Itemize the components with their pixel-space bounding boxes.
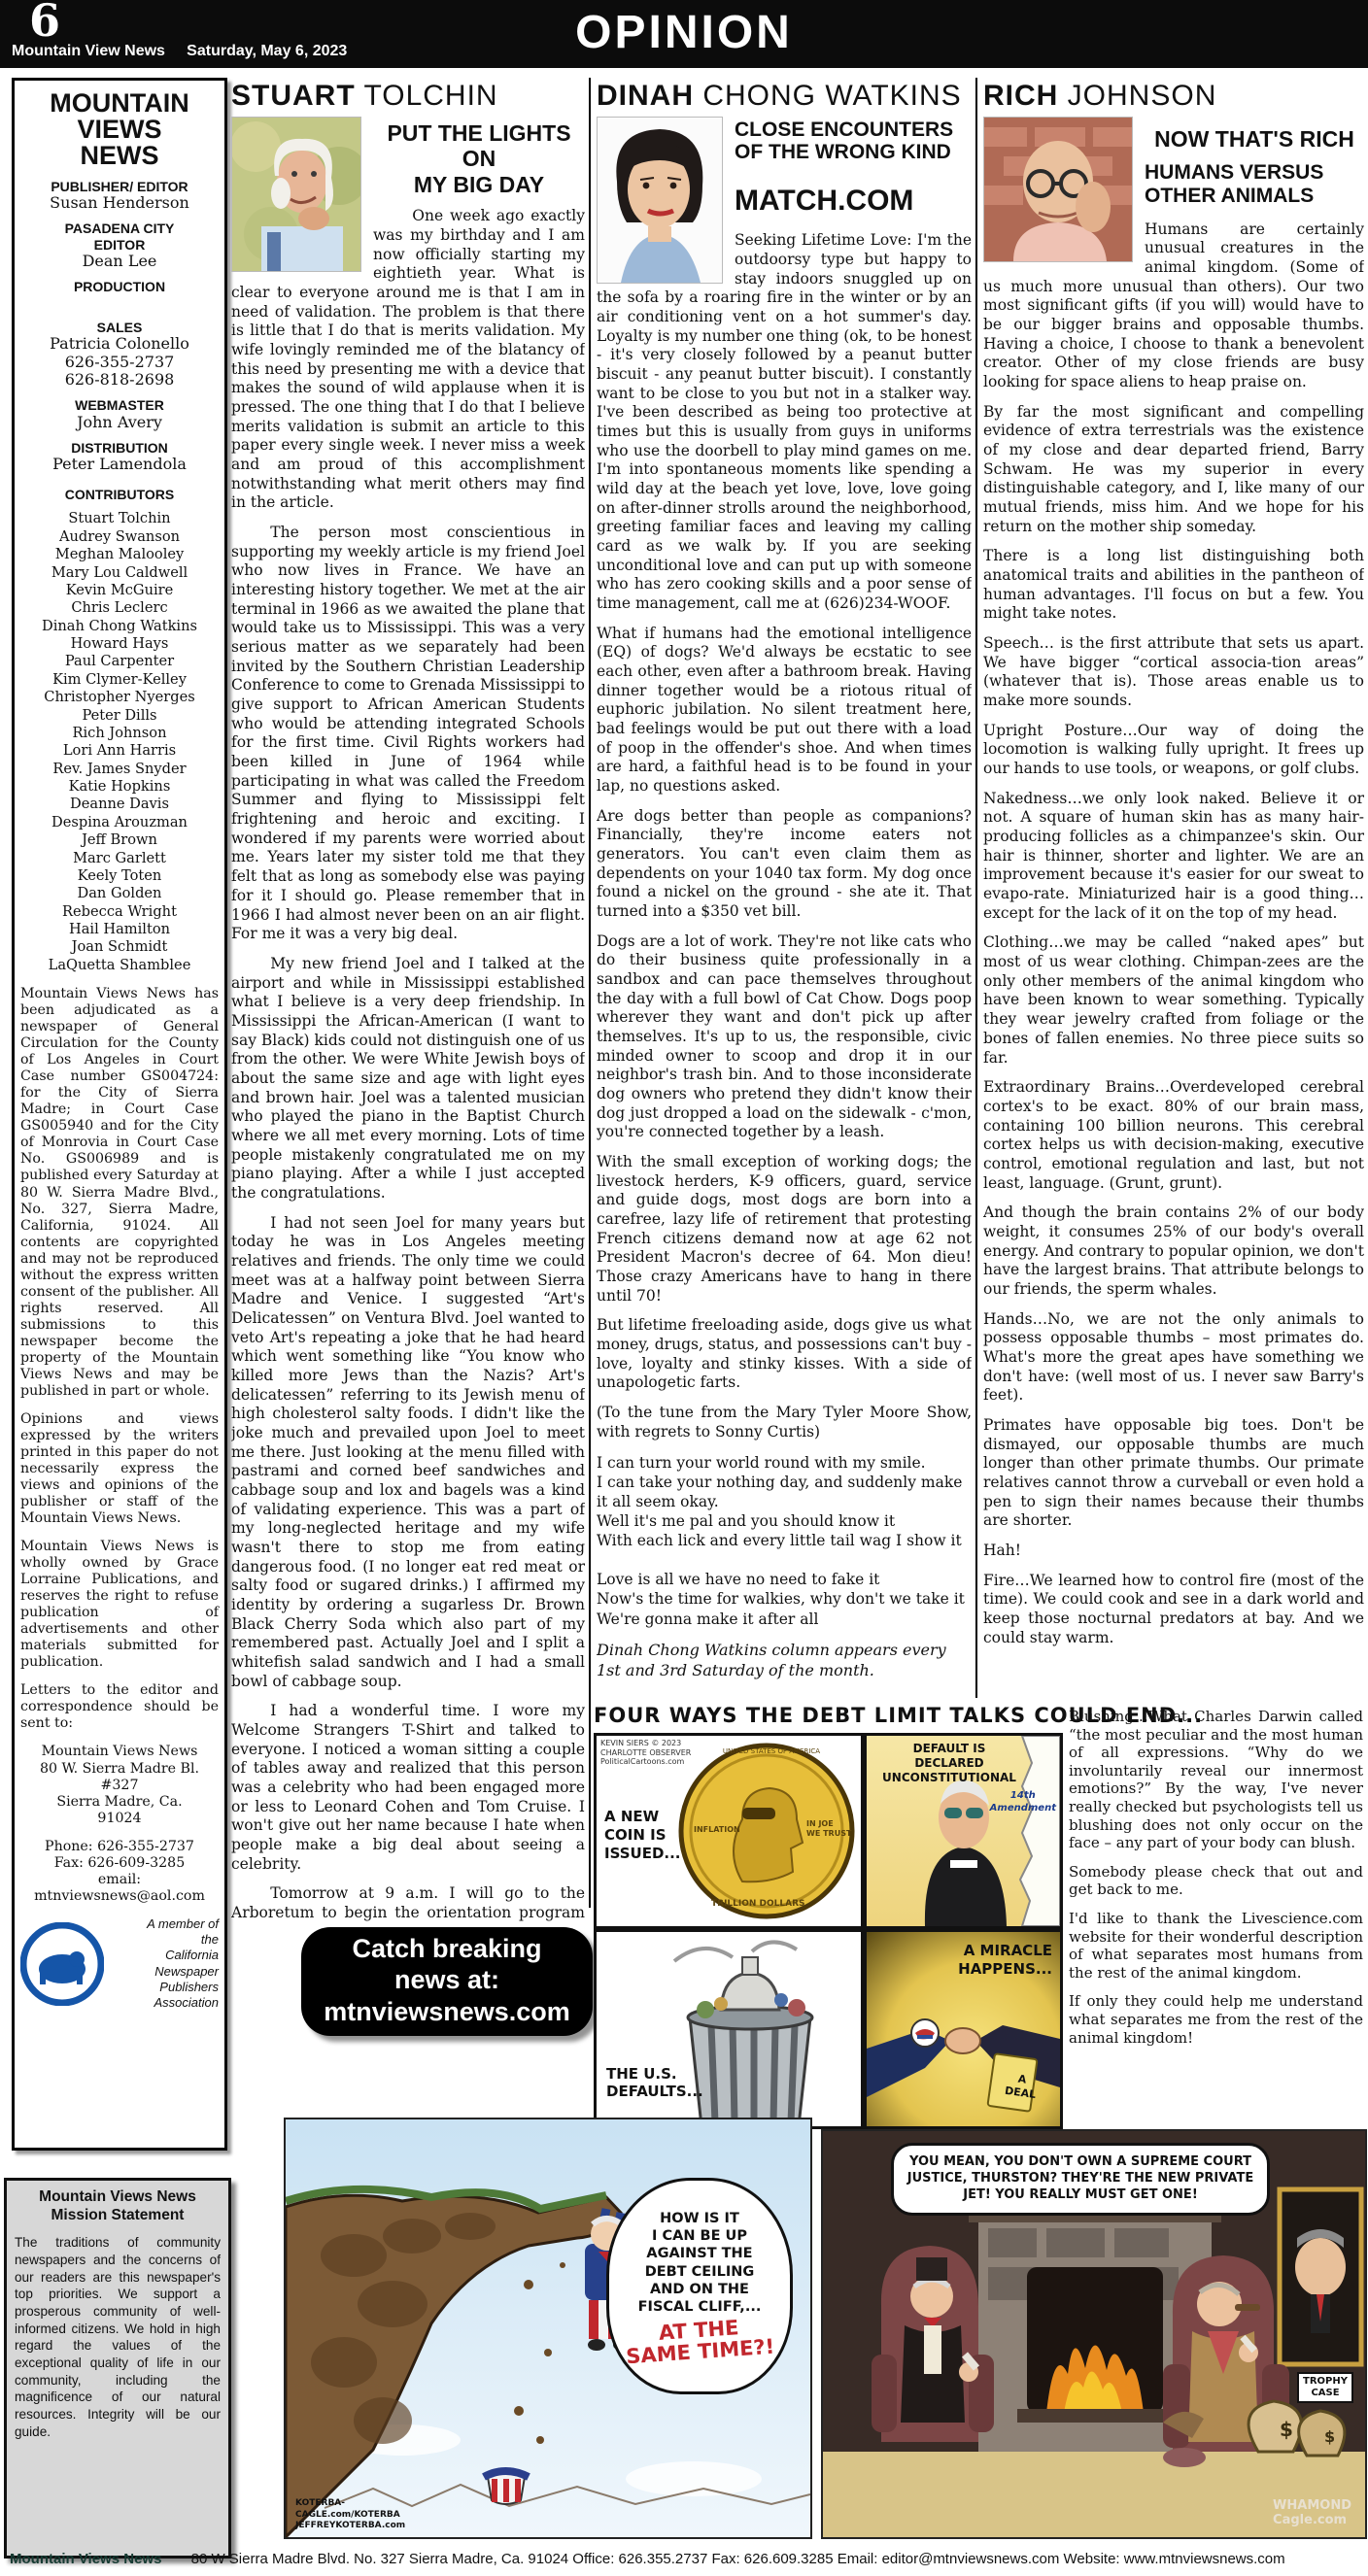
- footer-paper-name: Mountain Views News: [10, 2551, 161, 2567]
- contributor-name: Kevin McGuire: [20, 582, 219, 599]
- dinah-byline: DINAH CHONG WATKINS: [597, 80, 972, 113]
- rich-first-name: RICH: [983, 80, 1058, 112]
- contributor-name: Lori Ann Harris: [20, 742, 219, 760]
- mailing-address: Mountain Views News 80 W. Sierra Madre B…: [20, 1744, 219, 1826]
- contributor-name: Dinah Chong Watkins: [20, 618, 219, 635]
- panel-us-defaults: THE U.S. DEFAULTS...: [594, 1929, 864, 2129]
- newspaper-page: 6 Mountain View News Saturday, May 6, 20…: [0, 0, 1368, 2576]
- panel-miracle: A MIRACLE HAPPENS... A DEAL: [864, 1929, 1063, 2129]
- role-production: PRODUCTION: [20, 279, 219, 294]
- contributor-name: Dan Golden: [20, 885, 219, 902]
- rich-paragraph: If only they could help me understand wh…: [1069, 1992, 1363, 2047]
- contributor-name: Christopher Nyerges: [20, 689, 219, 706]
- contributor-name: Mary Lou Caldwell: [20, 564, 219, 582]
- stuart-body: One week ago exactly was my birthday and…: [231, 207, 585, 1921]
- breaking-news-promo[interactable]: Catch breaking news at: mtnviewsnews.com: [301, 1927, 593, 2036]
- cnpa-membership: A member of the California Newspaper Pub…: [20, 1916, 219, 2012]
- koterba-credit: KOTERBA- CAGLE.com/KOTERBA JEFFREYKOTERB…: [295, 2498, 405, 2531]
- stuart-paragraph: The person most conscientious in support…: [231, 524, 585, 944]
- coin-bottom-text: TRILLION DOLLARS: [711, 1899, 805, 1910]
- mission-statement-box: Mountain Views News Mission Statement Th…: [4, 2178, 231, 2559]
- rich-paragraph: I'd like to thank the Livescience.com we…: [1069, 1910, 1363, 1982]
- dinah-paragraph: Seeking Lifetime Love: I'm the outdoorsy…: [597, 231, 972, 613]
- contributor-name: Peter Dills: [20, 707, 219, 725]
- mission-title: Mountain Views News Mission Statement: [15, 2188, 221, 2224]
- stuart-last-name: TOLCHIN: [356, 80, 498, 112]
- stuart-byline: STUART TOLCHIN: [231, 80, 585, 113]
- svg-text:$: $: [1324, 2427, 1335, 2446]
- contributor-name: Katie Hopkins: [20, 778, 219, 796]
- rich-body: Humans are certainly unusual creatures i…: [983, 220, 1364, 1648]
- contributor-name: Despina Arouzman: [20, 814, 219, 831]
- stuart-paragraph: I had a wonderful time. I wore my Welcom…: [231, 1702, 585, 1874]
- dinah-paragraph: (To the tune from the Mary Tyler Moore S…: [597, 1404, 972, 1441]
- rich-paragraph: By far the most significant and compelli…: [983, 403, 1364, 537]
- contributor-name: Paul Carpenter: [20, 653, 219, 670]
- cartoonist-credit: KEVIN SIERS © 2023 CHARLOTTE OBSERVER Po…: [600, 1739, 691, 1767]
- role-distribution: DISTRIBUTION Peter Lamendola: [20, 440, 219, 473]
- contributor-name: Stuart Tolchin: [20, 510, 219, 527]
- promo-text: Catch breaking news at: mtnviewsnews.com: [324, 1934, 570, 2026]
- contributor-name: LaQuetta Shamblee: [20, 957, 219, 974]
- contributor-name: Chris Leclerc: [20, 599, 219, 617]
- club-bubble-bold-2: MUST: [1085, 2187, 1126, 2202]
- legal-adjudication: Mountain Views News has been adjudicated…: [20, 986, 219, 1400]
- rich-paragraph: Upright Posture…Our way of doing the loc…: [983, 722, 1364, 779]
- contributor-name: Keely Toten: [20, 867, 219, 885]
- rich-paragraph: Primates have opposable big toes. Don't …: [983, 1416, 1364, 1531]
- stuart-paragraph: Tomorrow at 9 a.m. I will go to the Arbo…: [231, 1884, 585, 1921]
- rich-paragraph: Clothing…we may be called “naked apes” b…: [983, 933, 1364, 1068]
- dinah-body: Seeking Lifetime Love: I'm the outdoorsy…: [597, 231, 972, 1441]
- stuart-first-name: STUART: [231, 80, 356, 112]
- contributor-name: Kim Clymer-Kelley: [20, 671, 219, 689]
- rich-byline: RICH JOHNSON: [983, 80, 1364, 113]
- stuart-photo: [231, 117, 361, 272]
- dinah-column-note: Dinah Chong Watkins column appears every…: [597, 1641, 972, 1681]
- dinah-paragraph: With the small exception of working dogs…: [597, 1153, 972, 1305]
- falling-hat: [484, 2471, 529, 2504]
- contributor-name: Marc Garlett: [20, 850, 219, 867]
- svg-text:$: $: [1280, 2418, 1293, 2441]
- rich-johnson-column: RICH JOHNSON NOW THAT'S RICH HUMANS VERS…: [983, 80, 1364, 1704]
- dinah-paragraph: What if humans had the emotional intelli…: [597, 625, 972, 797]
- masthead-title: MOUNTAIN VIEWS NEWS: [20, 90, 219, 169]
- rich-paragraph: Hands…No, we are not the only animals to…: [983, 1310, 1364, 1406]
- panel-unconstitutional: DEFAULT IS DECLARED UNCONSTITUTIONAL 14t…: [864, 1733, 1063, 1929]
- fiscal-cliff-cartoon: HOW IS IT I CAN BE UP AGAINST THE DEBT C…: [284, 2118, 812, 2539]
- dinah-first-name: DINAH: [597, 80, 694, 112]
- panel1-caption: A NEW COIN IS ISSUED...: [604, 1808, 681, 1862]
- role-webmaster: WEBMASTER John Avery: [20, 397, 219, 430]
- dinah-paragraph: But lifetime freeloading aside, dogs giv…: [597, 1316, 972, 1393]
- stuart-tolchin-column: STUART TOLCHIN PUT THE LIGHTS ON MY BIG …: [231, 80, 585, 1921]
- coin-left-text: INFLATION: [694, 1825, 740, 1835]
- rich-paragraph: Hah!: [983, 1542, 1364, 1561]
- role-city-editor: PASADENA CITY EDITOR Dean Lee: [20, 220, 219, 270]
- coin-top-text: UNITED STATES OF AMERICA: [703, 1747, 839, 1755]
- rich-paragraph: Nakedness…we only look naked. Believe it…: [983, 790, 1364, 924]
- legal-ownership: Mountain Views News is wholly owned by G…: [20, 1539, 219, 1671]
- legal-opinions: Opinions and views expressed by the writ…: [20, 1411, 219, 1527]
- dinah-paragraph: Are dogs better than people as companion…: [597, 807, 972, 922]
- footer-contact-line: 80 W Sierra Madre Blvd. No. 327 Sierra M…: [191, 2551, 1285, 2567]
- supreme-court-cartoon: $ $ YOU MEAN, YOU DON'T OWN A SUPREME CO…: [821, 2129, 1367, 2539]
- contributor-name: Rev. James Snyder: [20, 761, 219, 778]
- contributor-name: Rebecca Wright: [20, 903, 219, 921]
- contributor-name: Audrey Swanson: [20, 528, 219, 546]
- section-title: OPINION: [0, 6, 1368, 59]
- contributor-name: Deanne Davis: [20, 796, 219, 813]
- role-publisher: PUBLISHER/ EDITOR Susan Henderson: [20, 179, 219, 212]
- cliff-bubble-text: HOW IS IT I CAN BE UP AGAINST THE DEBT C…: [638, 2211, 762, 2315]
- trophy-case-label: TROPHY CASE: [1297, 2372, 1353, 2403]
- contributor-name: Joan Schmidt: [20, 938, 219, 956]
- club-speech-bubble: YOU MEAN, YOU DON'T OWN A SUPREME COURT …: [891, 2143, 1270, 2216]
- panel3-caption: THE U.S. DEFAULTS...: [606, 2065, 703, 2102]
- panel-new-coin: KEVIN SIERS © 2023 CHARLOTTE OBSERVER Po…: [594, 1733, 864, 1929]
- letters-note: Letters to the editor and correspondence…: [20, 1682, 219, 1732]
- contributor-name: Meghan Malooley: [20, 546, 219, 563]
- dinah-photo: [597, 117, 723, 284]
- debt-cartoon-title: FOUR WAYS THE DEBT LIMIT TALKS COULD END…: [594, 1704, 1060, 1727]
- mission-body: The traditions of community newspapers a…: [15, 2234, 221, 2440]
- rich-last-name: JOHNSON: [1058, 80, 1216, 112]
- contributor-name: Hail Hamilton: [20, 921, 219, 938]
- cnpa-member-text: A member of the California Newspaper Pub…: [104, 1916, 219, 2012]
- cliff-speech-bubble: HOW IS IT I CAN BE UP AGAINST THE DEBT C…: [606, 2178, 793, 2394]
- header-bar: 6 Mountain View News Saturday, May 6, 20…: [0, 0, 1368, 68]
- debt-limit-cartoon: FOUR WAYS THE DEBT LIMIT TALKS COULD END…: [594, 1704, 1060, 2129]
- coin-right-text: IN JOE WE TRUST: [806, 1819, 851, 1838]
- rich-paragraph: Somebody please check that out and get b…: [1069, 1863, 1363, 1899]
- stuart-paragraph: My new friend Joel and I talked at the a…: [231, 955, 585, 1203]
- column-rule-2: [975, 78, 977, 1698]
- dinah-paragraph: Dogs are a lot of work. They're not like…: [597, 932, 972, 1142]
- club-bubble-bold-1: DON'T: [1028, 2154, 1073, 2169]
- rich-paragraph: Extraordinary Brains…Overdeveloped cereb…: [983, 1078, 1364, 1193]
- dinah-lyrics: I can turn your world round with my smil…: [597, 1453, 972, 1629]
- contributors-label: CONTRIBUTORS: [20, 487, 219, 502]
- portrait-frame: [1280, 2189, 1361, 2364]
- contributor-name: Rich Johnson: [20, 725, 219, 742]
- amendment-scroll-text: 14th Amendment: [990, 1790, 1056, 1814]
- panel4-caption: A MIRACLE HAPPENS...: [958, 1942, 1052, 1979]
- dinah-watkins-column: DINAH CHONG WATKINS CLOSE ENCOUNTERS OF …: [597, 80, 972, 1702]
- contributor-name: Jeff Brown: [20, 831, 219, 849]
- rich-paragraph: Blushing…What Charles Darwin called “the…: [1069, 1708, 1363, 1852]
- rich-paragraph: Speech… is the first attribute that sets…: [983, 634, 1364, 711]
- column-rule-1: [589, 78, 591, 1908]
- deal-paper-text: A DEAL: [1004, 2070, 1039, 2101]
- whamond-credit: WHAMOND Cagle.com: [1273, 2498, 1351, 2527]
- debt-cartoon-grid: KEVIN SIERS © 2023 CHARLOTTE OBSERVER Po…: [594, 1733, 1060, 2129]
- cliff-bubble-red-text: AT THE SAME TIME?!: [616, 2314, 784, 2368]
- rich-paragraph: Fire…We learned how to control fire (mos…: [983, 1572, 1364, 1648]
- panel2-caption: DEFAULT IS DECLARED UNCONSTITUTIONAL: [876, 1742, 1022, 1785]
- club-bubble-text: YOU MEAN, YOU: [909, 2154, 1028, 2169]
- rich-paragraph: There is a long list distinguishing both…: [983, 547, 1364, 624]
- footer-bar: Mountain Views News 80 W Sierra Madre Bl…: [0, 2543, 1368, 2576]
- stuart-paragraph: I had not seen Joel for many years but t…: [231, 1214, 585, 1692]
- role-sales: SALES Patricia Colonello 626-355-2737 62…: [20, 320, 219, 389]
- rich-photo: [983, 117, 1133, 262]
- masthead-box: MOUNTAIN VIEWS NEWS PUBLISHER/ EDITOR Su…: [12, 78, 227, 2151]
- dinah-last-name: CHONG WATKINS: [694, 80, 962, 112]
- contributors-list: Stuart TolchinAudrey SwansonMeghan Maloo…: [20, 510, 219, 974]
- club-bubble-text-3: GET ONE!: [1126, 2187, 1198, 2202]
- contact-info: Phone: 626-355-2737 Fax: 626-609-3285 em…: [20, 1839, 219, 1905]
- contributor-name: Howard Hays: [20, 635, 219, 653]
- rich-paragraph: And though the brain contains 2% of our …: [983, 1203, 1364, 1299]
- rich-johnson-column-continued: Blushing…What Charles Darwin called “the…: [1069, 1708, 1363, 2119]
- cnpa-logo-icon: [20, 1922, 104, 2006]
